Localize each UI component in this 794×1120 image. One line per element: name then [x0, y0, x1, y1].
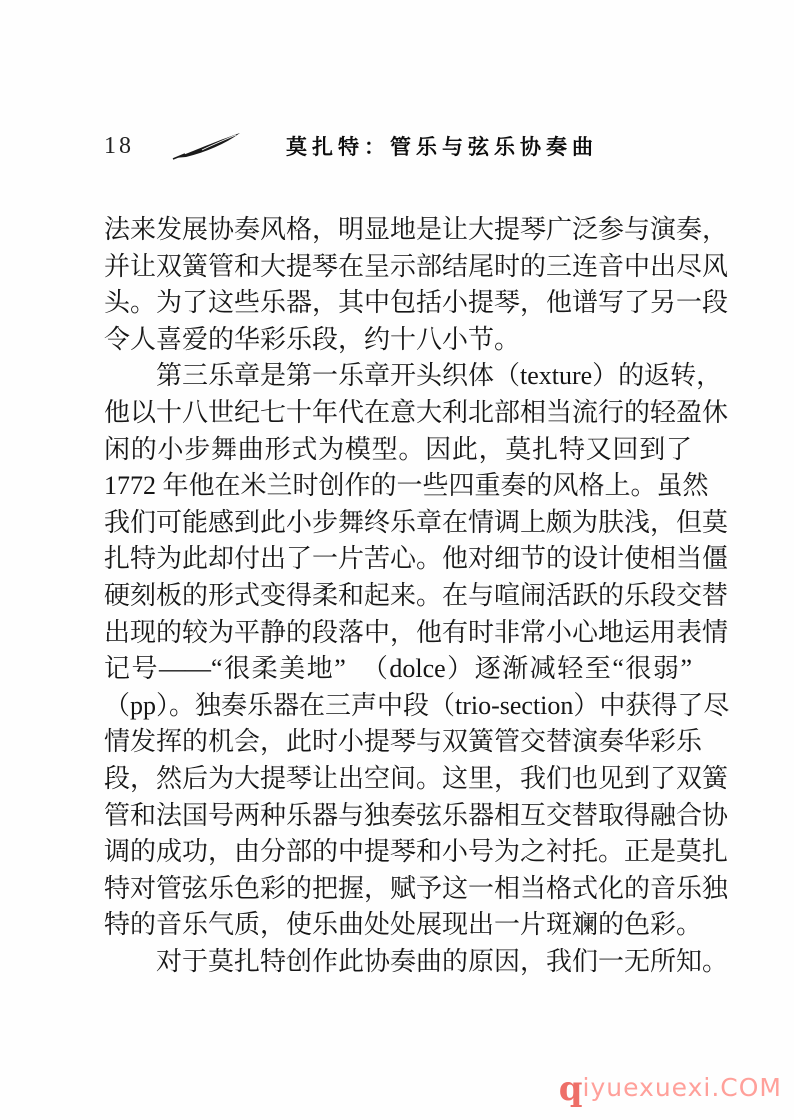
quill-icon: [172, 131, 244, 161]
watermark-text: iyuexuexi.COM: [583, 1073, 783, 1102]
text-line: 令人喜爱的华彩乐段，约十八小节。: [104, 322, 692, 359]
watermark: qiyuexuexi.COM: [559, 1072, 782, 1106]
text-line: 特对管弦乐色彩的把握，赋予这一相当格式化的音乐独: [104, 871, 692, 908]
text-line: （pp）。独奏乐器在三声中段（trio-section）中获得了尽: [104, 688, 692, 725]
running-head-title: 莫扎特：管乐与弦乐协奏曲: [286, 131, 598, 161]
text-line: 1772 年他在米兰时创作的一些四重奏的风格上。虽然: [104, 468, 692, 505]
text-line: 闲的小步舞曲形式为模型。因此，莫扎特又回到了: [104, 432, 692, 469]
text-line: 对于莫扎特创作此协奏曲的原因，我们一无所知。: [104, 944, 692, 981]
text-line: 情发挥的机会，此时小提琴与双簧管交替演奏华彩乐: [104, 724, 692, 761]
text-line: 扎特为此却付出了一片苦心。他对细节的设计使相当僵: [104, 541, 692, 578]
text-line: 并让双簧管和大提琴在呈示部结尾时的三连音中出尽风: [104, 249, 692, 286]
book-page: 18 莫扎特：管乐与弦乐协奏曲 法来发展协奏风格，明显地是让大提琴广泛参与演奏，…: [0, 0, 794, 1120]
text-line: 法来发展协奏风格，明显地是让大提琴广泛参与演奏，: [104, 212, 692, 249]
text-line: 记号——“很柔美地” （dolce）逐渐减轻至“很弱”: [104, 651, 692, 688]
watermark-initial: q: [559, 1069, 583, 1109]
text-line: 段，然后为大提琴让出空间。这里，我们也见到了双簧: [104, 761, 692, 798]
text-line: 他以十八世纪七十年代在意大利北部相当流行的轻盈休: [104, 395, 692, 432]
text-line: 硬刻板的形式变得柔和起来。在与喧闹活跃的乐段交替: [104, 578, 692, 615]
text-line: 调的成功，由分部的中提琴和小号为之衬托。正是莫扎: [104, 834, 692, 871]
text-line: 出现的较为平静的段落中，他有时非常小心地运用表情: [104, 615, 692, 652]
text-line: 我们可能感到此小步舞终乐章在情调上颇为肤浅，但莫: [104, 505, 692, 542]
text-line: 管和法国号两种乐器与独奏弦乐器相互交替取得融合协: [104, 798, 692, 835]
page-header: 18 莫扎特：管乐与弦乐协奏曲: [104, 126, 694, 166]
text-line: 第三乐章是第一乐章开头织体（texture）的返转，: [104, 358, 692, 395]
page-number: 18: [104, 133, 134, 160]
text-line: 特的音乐气质，使乐曲处处展现出一片斑斓的色彩。: [104, 907, 692, 944]
text-line: 头。为了这些乐器，其中包括小提琴，他谱写了另一段: [104, 285, 692, 322]
body-text: 法来发展协奏风格，明显地是让大提琴广泛参与演奏， 并让双簧管和大提琴在呈示部结尾…: [104, 212, 692, 980]
